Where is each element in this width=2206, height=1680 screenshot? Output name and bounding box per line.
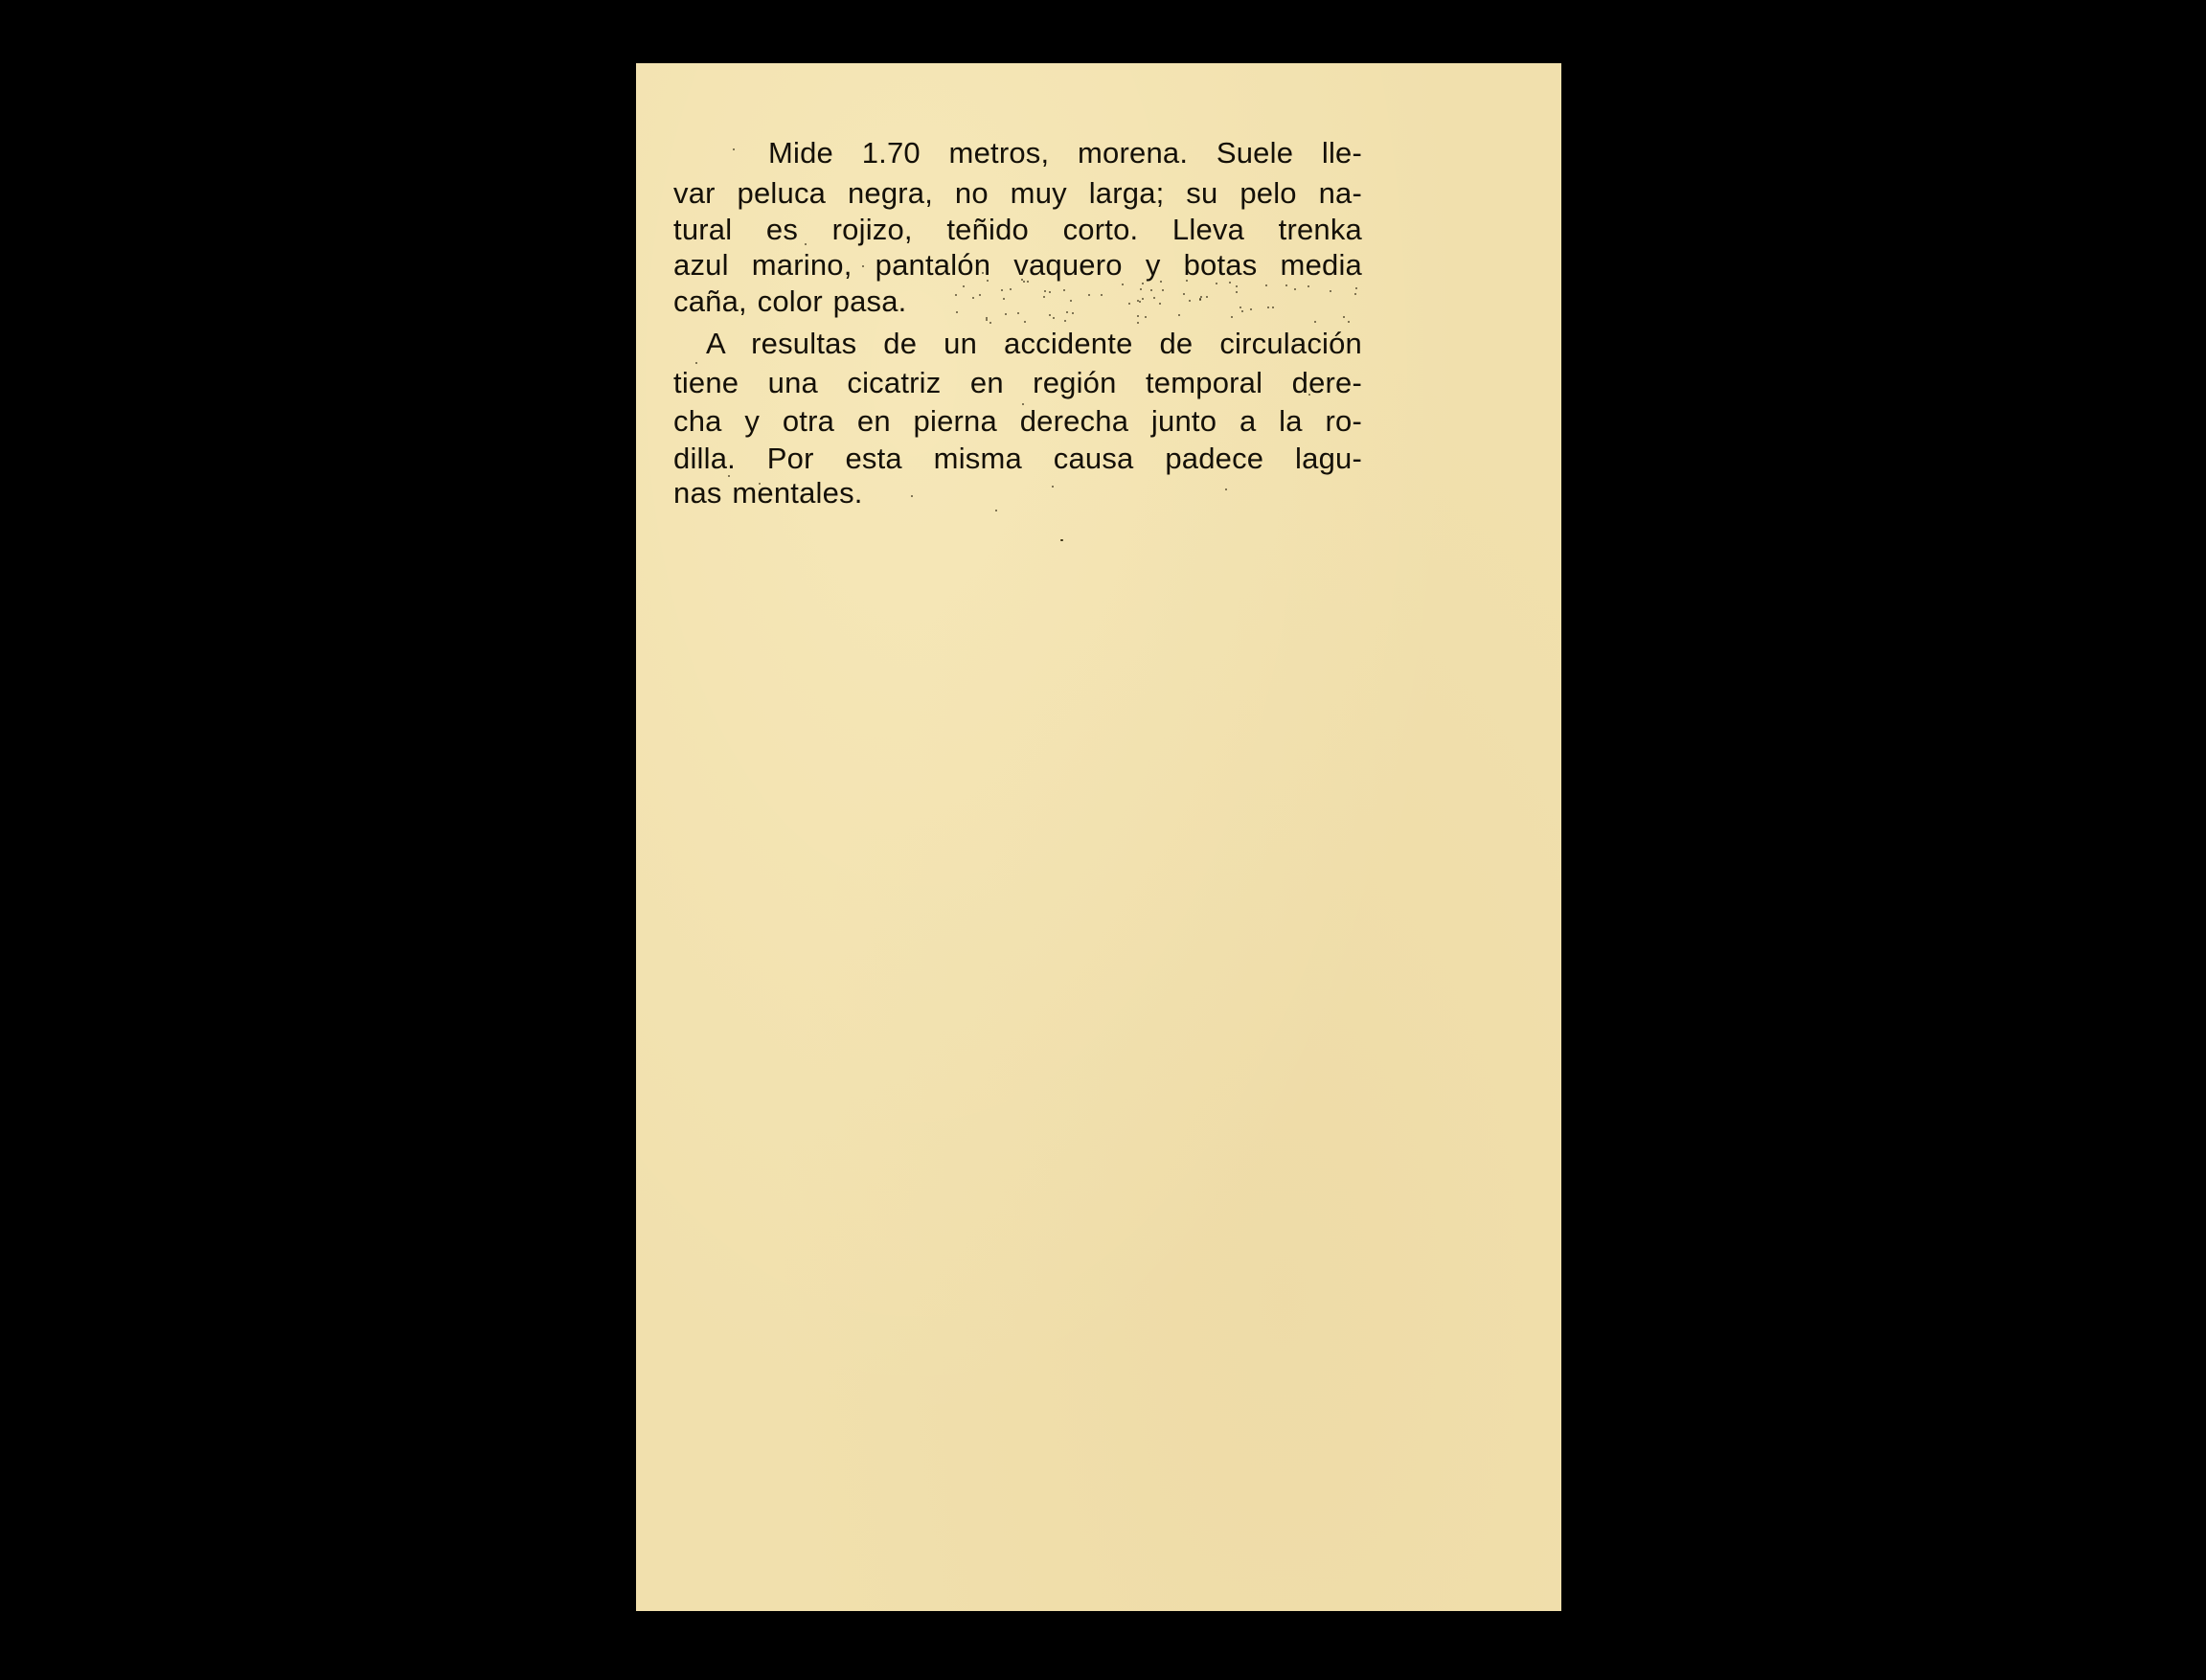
scan-noise-dot bbox=[955, 294, 957, 296]
scan-noise-dot bbox=[1142, 298, 1144, 300]
scan-noise-dot bbox=[1052, 486, 1054, 488]
text-line: A resultas de un accidente de circulació… bbox=[706, 325, 1362, 363]
scan-noise-dot bbox=[1314, 321, 1316, 323]
scan-noise-dot bbox=[1001, 289, 1003, 291]
scan-noise-dot bbox=[1236, 291, 1238, 293]
scan-noise-dot bbox=[911, 495, 913, 497]
document-page: Mide 1.70 metros, morena. Suele lle- var… bbox=[636, 63, 1561, 1611]
scan-noise-dot bbox=[1206, 296, 1208, 298]
scan-noise-dot bbox=[989, 322, 991, 324]
scan-noise-dot bbox=[1137, 322, 1139, 324]
scan-noise-dot bbox=[1053, 317, 1055, 319]
scan-noise-dot bbox=[1285, 284, 1287, 286]
scan-noise-dot bbox=[805, 243, 807, 245]
scan-noise-dot bbox=[1267, 306, 1269, 308]
scan-noise-dot bbox=[1027, 281, 1029, 283]
scan-noise-dot bbox=[1088, 294, 1090, 296]
scan-noise-dot bbox=[1150, 289, 1152, 291]
scan-noise-dot bbox=[862, 265, 864, 267]
scan-noise-dot bbox=[979, 294, 981, 296]
scan-noise-dot bbox=[1023, 281, 1025, 283]
scan-noise-dot bbox=[1017, 312, 1019, 314]
scan-noise-dot bbox=[1066, 311, 1068, 313]
scan-noise-dot bbox=[1183, 293, 1185, 295]
scan-noise-dot bbox=[1003, 298, 1005, 300]
scan-noise-dot bbox=[1049, 314, 1051, 316]
text-line: azul marino, pantalón vaquero y botas me… bbox=[673, 246, 1362, 284]
scan-noise-dot bbox=[1241, 310, 1243, 312]
scan-speck bbox=[1060, 539, 1063, 541]
scan-noise-dot bbox=[1225, 488, 1227, 490]
scan-noise-dot bbox=[956, 311, 958, 313]
scan-noise-dot bbox=[1101, 294, 1103, 296]
scan-noise-dot bbox=[1308, 285, 1309, 287]
scan-noise-dot bbox=[1272, 306, 1274, 308]
scan-noise-dot bbox=[1250, 308, 1252, 310]
scan-noise-dot bbox=[1064, 320, 1066, 322]
scan-noise-dot bbox=[1159, 303, 1161, 305]
scan-noise-dot bbox=[1343, 316, 1345, 318]
scan-noise-dot bbox=[1063, 289, 1065, 291]
scan-noise-dot bbox=[1308, 394, 1310, 396]
scan-noise-dot bbox=[1354, 293, 1356, 295]
scan-noise-dot bbox=[1189, 300, 1191, 302]
scan-noise-dot bbox=[1162, 289, 1164, 291]
scan-noise-dot bbox=[1049, 291, 1051, 293]
scan-noise-dot bbox=[1153, 297, 1155, 299]
scan-noise-dot bbox=[1348, 321, 1350, 323]
scan-noise-dot bbox=[1355, 287, 1357, 289]
scan-noise-dot bbox=[1044, 290, 1046, 292]
scan-noise-dot bbox=[1139, 301, 1141, 303]
text-line: caña, color pasa. bbox=[673, 283, 907, 321]
text-line: cha y otra en pierna derecha junto a la … bbox=[673, 402, 1362, 441]
scan-noise-dot bbox=[1070, 300, 1072, 302]
scan-noise-dot bbox=[1072, 312, 1074, 314]
scan-noise-dot bbox=[1231, 316, 1233, 318]
scan-noise-dot bbox=[1137, 315, 1139, 317]
scan-noise-dot bbox=[1024, 321, 1026, 323]
scan-noise-dot bbox=[733, 148, 735, 150]
scan-noise-dot bbox=[995, 510, 997, 511]
scan-noise-dot bbox=[1145, 316, 1147, 318]
scan-noise-dot bbox=[963, 285, 965, 287]
scan-noise-dot bbox=[1043, 296, 1045, 298]
scan-noise-dot bbox=[1005, 313, 1007, 315]
scan-noise-dot bbox=[695, 362, 697, 364]
text-line: dilla. Por esta misma causa padece lagu- bbox=[673, 440, 1362, 478]
scan-noise-dot bbox=[987, 280, 989, 282]
scan-noise-dot bbox=[1294, 288, 1296, 290]
text-line: nas mentales. bbox=[673, 474, 863, 512]
text-line: Mide 1.70 metros, morena. Suele lle- bbox=[768, 134, 1362, 172]
scan-noise-dot bbox=[1178, 314, 1180, 316]
text-line: tiene una cicatriz en región temporal de… bbox=[673, 364, 1362, 402]
scan-noise-dot bbox=[972, 297, 974, 299]
scan-noise-dot bbox=[1128, 303, 1130, 305]
scan-noise-dot bbox=[1199, 299, 1201, 301]
scan-noise-dot bbox=[1010, 288, 1012, 290]
scan-noise-dot bbox=[986, 319, 988, 321]
scan-noise-dot bbox=[1330, 290, 1331, 292]
scan-noise-dot bbox=[1239, 306, 1241, 308]
text-line: var peluca negra, no muy larga; su pelo … bbox=[673, 174, 1362, 213]
scan-noise-dot bbox=[1236, 285, 1238, 287]
scan-noise-dot bbox=[1216, 283, 1217, 284]
scan-noise-dot bbox=[1140, 288, 1142, 290]
scan-noise-dot bbox=[1265, 284, 1267, 286]
text-line: tural es rojizo, teñido corto. Lleva tre… bbox=[673, 211, 1362, 249]
scan-noise-dot bbox=[759, 483, 761, 485]
